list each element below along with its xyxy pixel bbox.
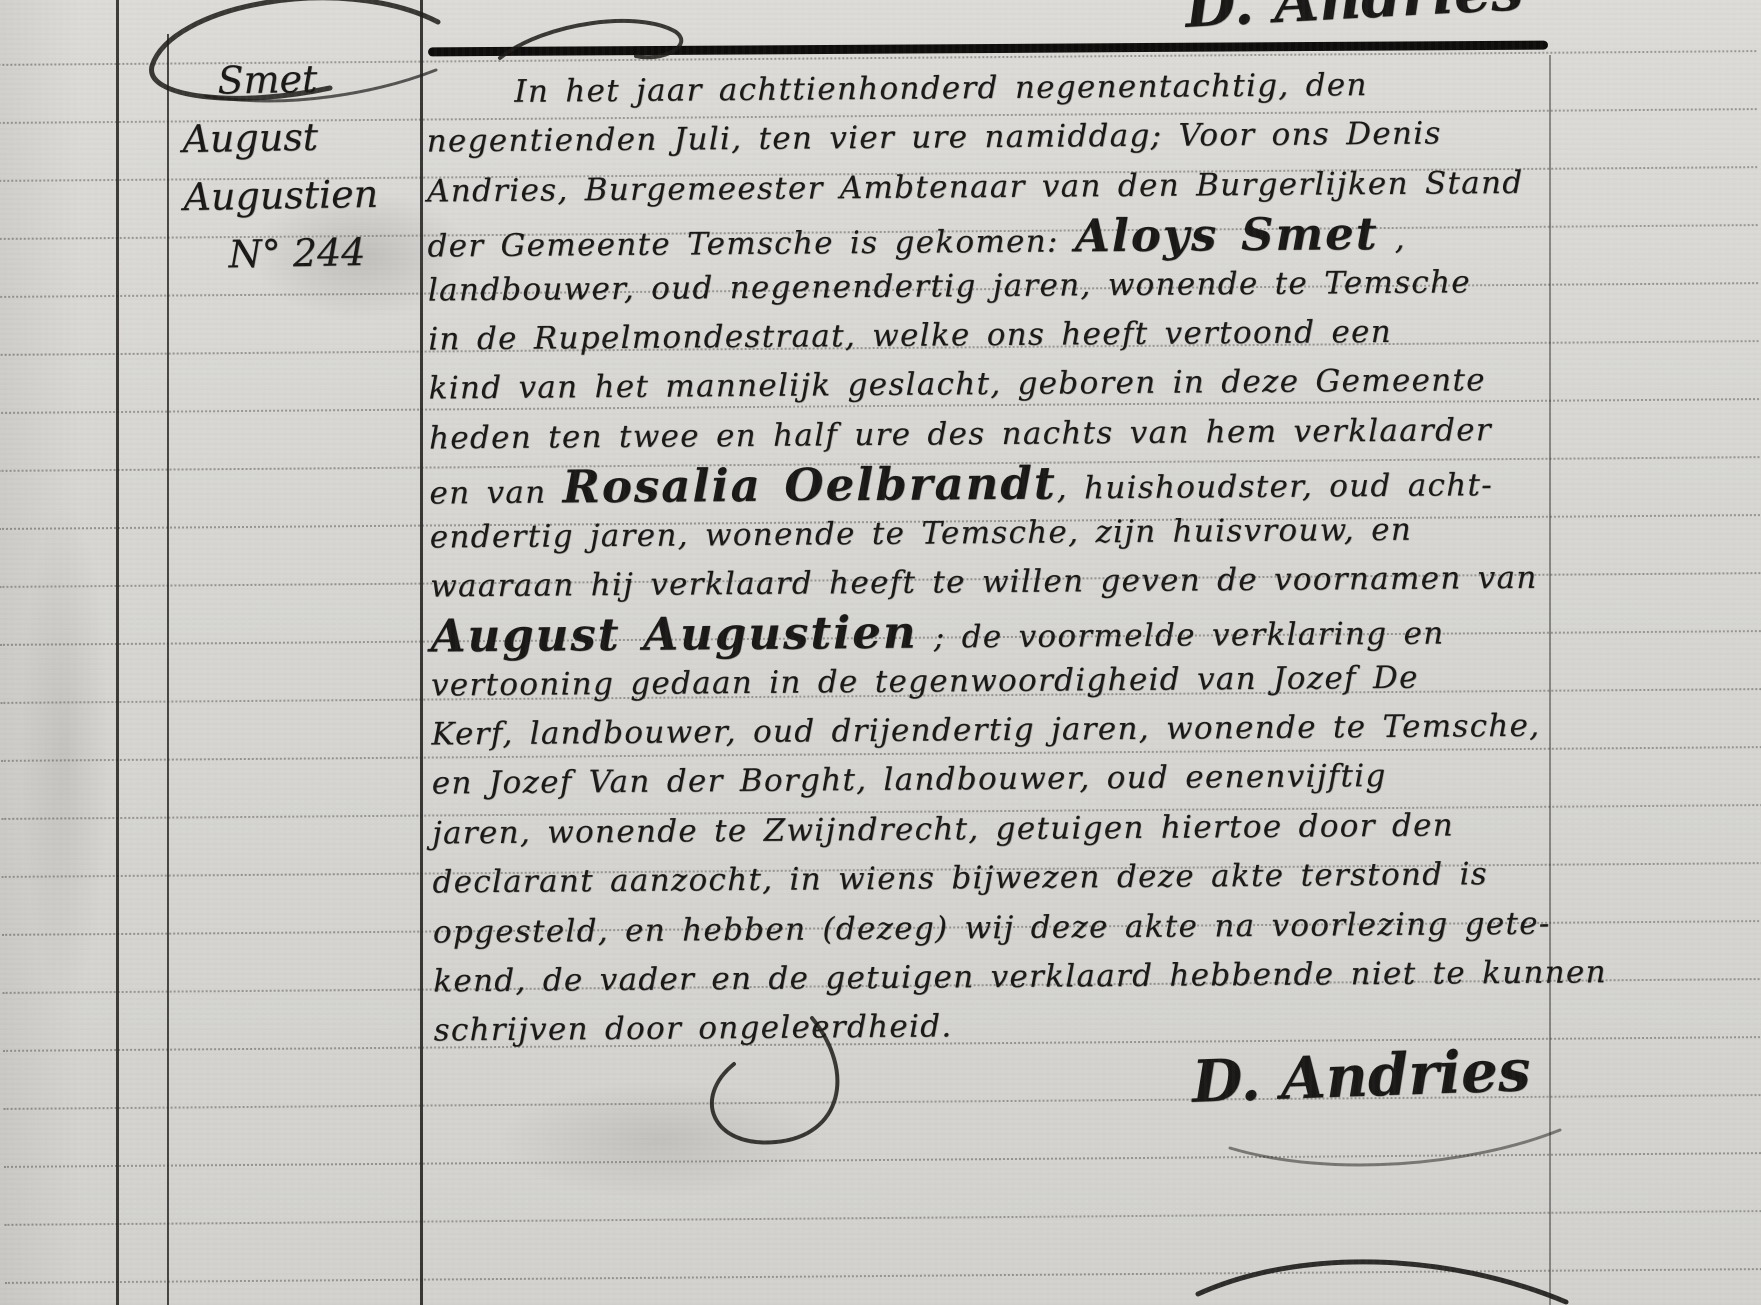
margin-rule-line (167, 34, 169, 1305)
act-text: Kerf, landbouwer, oud drijendertig jaren… (431, 708, 1540, 753)
act-line: heden ten twee en half ure des nachts va… (429, 405, 1569, 463)
act-text: heden ten twee en half ure des nachts va… (429, 412, 1492, 456)
father-name: Aloys Smet (1075, 207, 1379, 262)
act-line: vertooning gedaan in de tegenwoordigheid… (431, 652, 1571, 710)
ruled-line (5, 1268, 1761, 1284)
act-body: In het jaar achttienhonderd negenentacht… (426, 60, 1574, 1057)
margin-given-name-2: Augustien (183, 164, 434, 226)
act-text: endertig jaren, wonende te Temsche, zijn… (430, 511, 1413, 555)
act-line: negentienden Juli, ten vier ure namiddag… (427, 109, 1567, 167)
margin-rule-line (116, 0, 119, 1305)
act-line: opgesteld, en hebben (dezeg) wij deze ak… (433, 899, 1573, 957)
act-text: schrijven door ongeleerdheid. (434, 1009, 953, 1049)
margin-given-name-1: August (182, 106, 433, 168)
act-line: endertig jaren, wonende te Temsche, zijn… (430, 504, 1570, 562)
act-line: en van Rosalia Oelbrandt, huishoudster, … (429, 455, 1569, 513)
page-gutter (0, 0, 116, 1305)
margin-act-number: N° 244 (184, 222, 435, 284)
act-text: opgesteld, en hebben (dezeg) wij deze ak… (433, 905, 1551, 950)
act-text: , (1378, 221, 1406, 257)
ruled-line (4, 1210, 1761, 1226)
act-text: vertooning gedaan in de tegenwoordigheid… (431, 659, 1419, 703)
act-text: ; de voormelde verklaring en (917, 616, 1444, 656)
act-text: en van (429, 475, 562, 512)
act-line: waaraan hij verklaard heeft te willen ge… (430, 553, 1570, 611)
act-text: , huishoudster, oud acht- (1057, 467, 1494, 506)
mother-name: Rosalia Oelbrandt (562, 457, 1057, 514)
register-page: D. Andries Smet August Augustien N° 244 … (0, 0, 1761, 1305)
margin-surname: Smet (181, 48, 432, 110)
act-text: kend, de vader en de getuigen verklaard … (433, 954, 1607, 999)
act-line: In het jaar achttienhonderd negenentacht… (426, 60, 1566, 118)
act-line: in de Rupelmondestraat, welke ons heeft … (428, 306, 1568, 364)
act-text: kind van het mannelijk geslacht, geboren… (429, 363, 1486, 407)
act-text: Andries, Burgemeester Ambtenaar van den … (427, 165, 1524, 210)
act-text: landbouwer, oud negenendertig jaren, won… (428, 264, 1471, 308)
act-line: kind van het mannelijk geslacht, geboren… (428, 356, 1568, 414)
act-line: jaren, wonende te Zwijndrecht, getuigen … (432, 800, 1572, 858)
act-line: Andries, Burgemeester Ambtenaar van den … (427, 158, 1567, 216)
act-line: August Augustien ; de voormelde verklari… (430, 603, 1570, 661)
act-text: der Gemeente Temsche is gekomen: (427, 224, 1075, 265)
act-text: en Jozef Van der Borght, landbouwer, oud… (432, 758, 1387, 801)
act-line: declarant aanzocht, in wiens bijwezen de… (432, 850, 1572, 908)
act-text: negentienden Juli, ten vier ure namiddag… (427, 116, 1442, 160)
act-line: en Jozef Van der Borght, landbouwer, oud… (432, 751, 1572, 809)
act-line: Kerf, landbouwer, oud drijendertig jaren… (431, 702, 1571, 760)
child-name: August Augustien (430, 606, 917, 663)
act-text: In het jaar achttienhonderd negenentacht… (514, 67, 1368, 110)
act-line: kend, de vader en de getuigen verklaard … (433, 949, 1573, 1007)
act-line: der Gemeente Temsche is gekomen: Aloys S… (427, 208, 1567, 266)
act-line: landbouwer, oud negenendertig jaren, won… (428, 257, 1568, 315)
margin-annotation: Smet August Augustien N° 244 (181, 48, 435, 284)
act-text: jaren, wonende te Zwijndrecht, getuigen … (432, 807, 1454, 851)
ruled-line (4, 1152, 1761, 1168)
act-text: in de Rupelmondestraat, welke ons heeft … (428, 314, 1392, 358)
official-signature-bottom: D. Andries (1191, 1036, 1532, 1116)
act-text: declarant aanzocht, in wiens bijwezen de… (432, 856, 1488, 900)
act-text: waaraan hij verklaard heeft te willen ge… (430, 560, 1538, 605)
